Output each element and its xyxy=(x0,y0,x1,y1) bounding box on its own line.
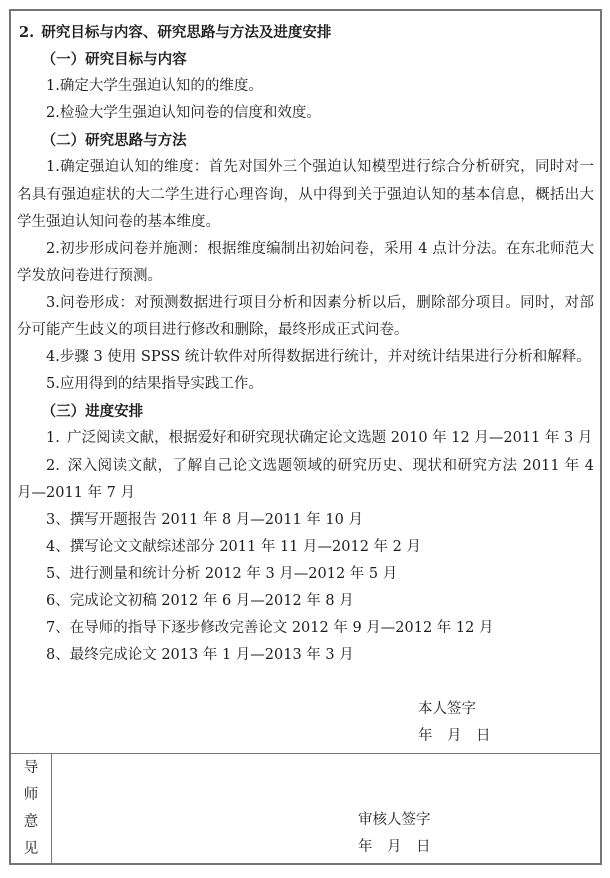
reviewer-signature-date: 年 月 日 xyxy=(358,834,600,861)
reviewer-signature-label: 审核人签字 xyxy=(358,807,600,834)
schedule-item: 2. 深入阅读文献，了解自己论文选题领域的研究历史、现状和研究方法 2011 年… xyxy=(17,453,594,507)
schedule-item: 1. 广泛阅读文献，根据爱好和研究现状确定论文选题 2010 年 12 月—20… xyxy=(17,425,594,452)
advisor-opinion-label-cell: 导 师 意 见 xyxy=(11,754,52,863)
self-signature-date: 年 月 日 xyxy=(418,723,594,750)
heading-research-methods: （二）研究思路与方法 xyxy=(17,127,594,154)
research-plan-table: 2. 研究目标与内容、研究思路与方法及进度安排 （一）研究目标与内容 1.确定大… xyxy=(9,9,602,865)
heading-schedule: （三）进度安排 xyxy=(17,398,594,425)
schedule-item: 3、撰写开题报告 2011 年 8 月—2011 年 10 月 xyxy=(17,507,594,534)
advisor-label-char: 导 xyxy=(24,755,39,782)
self-signature-label: 本人签字 xyxy=(418,696,594,723)
advisor-label-char: 师 xyxy=(24,782,39,809)
section-title: 2. 研究目标与内容、研究思路与方法及进度安排 xyxy=(17,19,594,46)
method-step: 1.确定强迫认知的维度：首先对国外三个强迫认知模型进行综合分析研究，同时对一名具… xyxy=(17,154,594,235)
main-content-cell: 2. 研究目标与内容、研究思路与方法及进度安排 （一）研究目标与内容 1.确定大… xyxy=(11,11,600,753)
goal-item: 1.确定大学生强迫认知的的维度。 xyxy=(17,73,594,100)
method-step: 2.初步形成问卷并施测：根据维度编制出初始问卷，采用 4 点计分法。在东北师范大… xyxy=(17,236,594,290)
schedule-item: 4、撰写论文文献综述部分 2011 年 11 月—2012 年 2 月 xyxy=(17,534,594,561)
advisor-label-char: 见 xyxy=(24,836,39,863)
research-proposal-page: 2. 研究目标与内容、研究思路与方法及进度安排 （一）研究目标与内容 1.确定大… xyxy=(0,0,610,878)
advisor-label-char: 意 xyxy=(24,809,39,836)
advisor-opinion-row: 导 师 意 见 审核人签字 年 月 日 xyxy=(11,753,600,863)
schedule-item: 5、进行测量和统计分析 2012 年 3 月—2012 年 5 月 xyxy=(17,561,594,588)
schedule-item: 7、在导师的指导下逐步修改完善论文 2012 年 9 月—2012 年 12 月 xyxy=(17,615,594,642)
heading-research-goals: （一）研究目标与内容 xyxy=(17,46,594,73)
advisor-opinion-content-cell: 审核人签字 年 月 日 xyxy=(52,754,600,863)
method-step: 4.步骤 3 使用 SPSS 统计软件对所得数据进行统计，并对统计结果进行分析和… xyxy=(17,344,594,371)
method-step: 5.应用得到的结果指导实践工作。 xyxy=(17,371,594,398)
goal-item: 2.检验大学生强迫认知问卷的信度和效度。 xyxy=(17,100,594,127)
schedule-item: 6、完成论文初稿 2012 年 6 月—2012 年 8 月 xyxy=(17,588,594,615)
schedule-item: 8、最终完成论文 2013 年 1 月—2013 年 3 月 xyxy=(17,642,594,669)
method-step: 3.问卷形成：对预测数据进行项目分析和因素分析以后，删除部分项目。同时，对部分可… xyxy=(17,290,594,344)
self-signature-block: 本人签字 年 月 日 xyxy=(17,696,594,750)
